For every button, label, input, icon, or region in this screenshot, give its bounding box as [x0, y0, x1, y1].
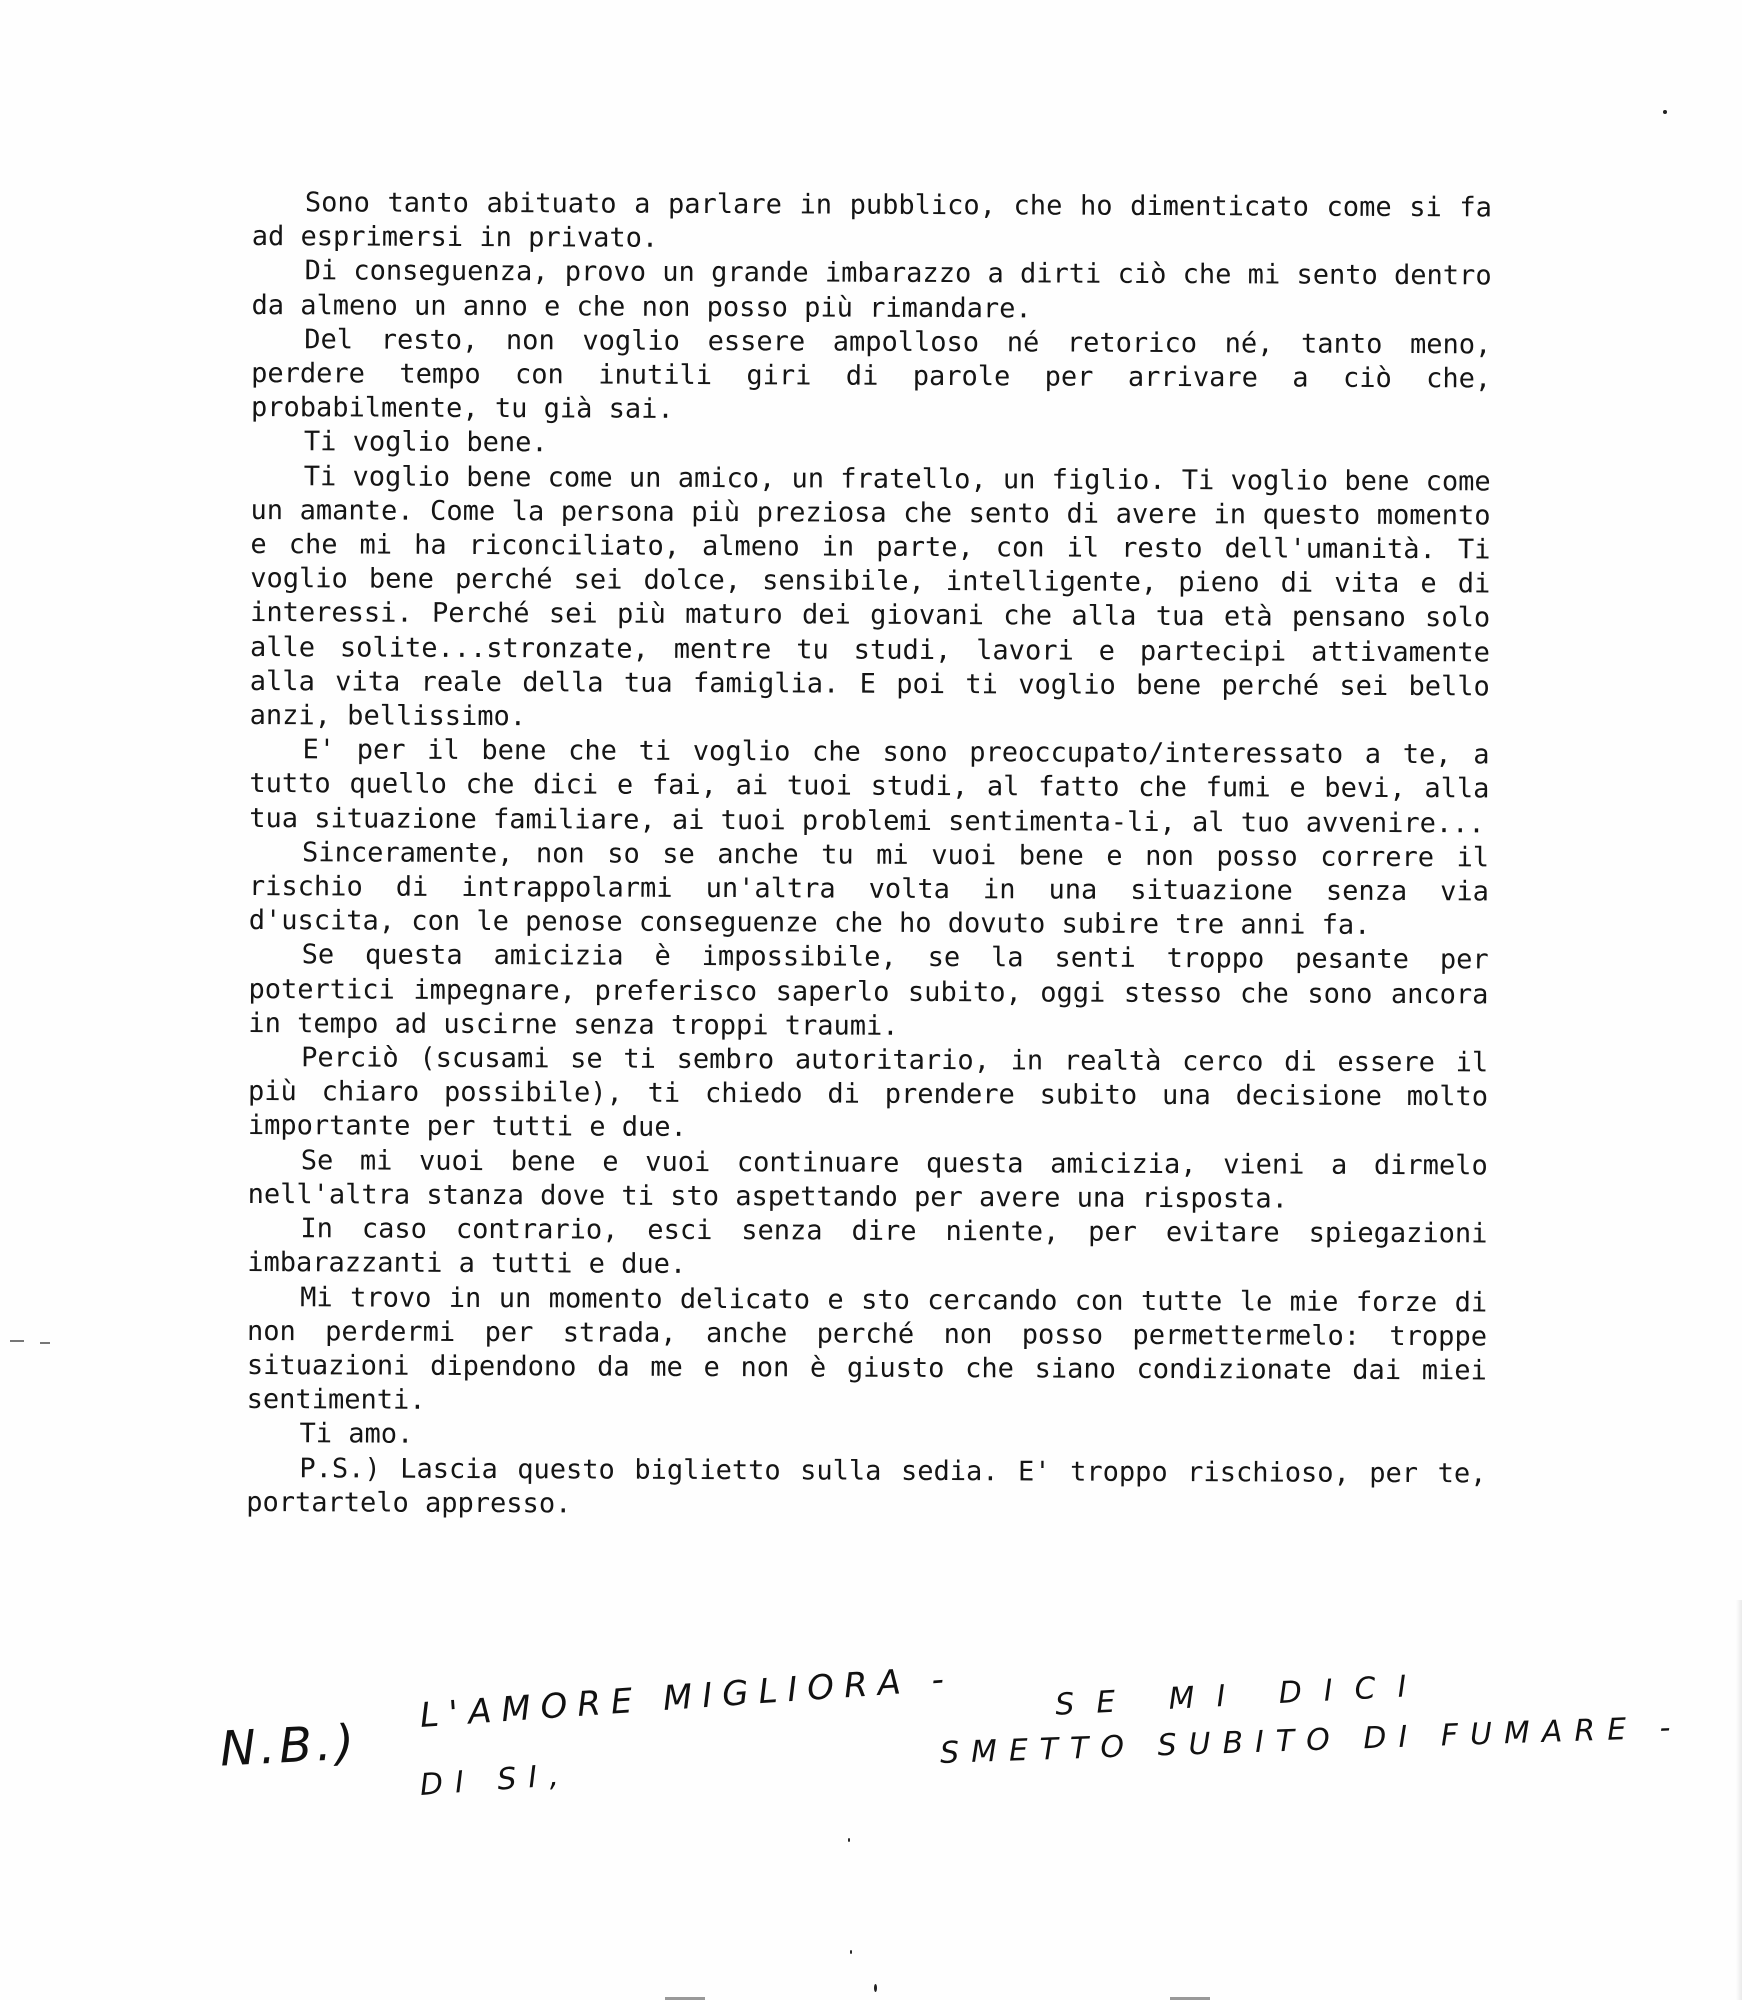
paragraph: Di conseguenza, provo un grande imbarazz…: [251, 254, 1491, 328]
scan-speck: [40, 1342, 50, 1344]
paragraph: Sinceramente, non so se anche tu mi vuoi…: [249, 836, 1489, 944]
handwritten-line1-right: SE MI DICI: [1054, 1668, 1429, 1723]
handwritten-line2-right: SMETTO SUBITO DI FUMARE -: [939, 1710, 1683, 1771]
paragraph: Ti voglio bene.: [251, 425, 1491, 465]
paragraph: Mi trovo in un momento delicato e sto ce…: [247, 1280, 1488, 1422]
scan-speck: [1663, 110, 1667, 114]
paragraph: Ti amo.: [246, 1417, 1486, 1457]
scan-speck: [848, 1838, 850, 1842]
paragraph: In caso contrario, esci senza dire nient…: [247, 1212, 1487, 1286]
typewritten-letter: Sono tanto abituato a parlare in pubblic…: [246, 186, 1492, 1525]
scan-speck: [874, 1984, 877, 1992]
paragraph: Ti voglio bene come un amico, un fratell…: [250, 460, 1491, 739]
handwritten-line2-left: DI SI,: [419, 1758, 572, 1803]
paragraph: Se mi vuoi bene e vuoi continuare questa…: [248, 1144, 1488, 1218]
handwritten-line1-left: L'AMORE MIGLIORA -: [419, 1659, 955, 1736]
page-edge-shadow: [1736, 1600, 1742, 2000]
paragraph: Sono tanto abituato a parlare in pubblic…: [252, 186, 1492, 260]
paragraph: Perciò (scusami se ti sembro autoritario…: [248, 1041, 1488, 1149]
scan-speck: [850, 1950, 852, 1954]
paragraph: E' per il bene che ti voglio che sono pr…: [249, 733, 1489, 841]
handwritten-nb-label: N.B.): [219, 1714, 360, 1777]
scanned-page: Sono tanto abituato a parlare in pubblic…: [0, 0, 1742, 2000]
scan-speck: [10, 1340, 24, 1342]
paragraph: Se questa amicizia è impossibile, se la …: [248, 938, 1488, 1046]
postscript: P.S.) Lascia questo biglietto sulla sedi…: [246, 1452, 1486, 1526]
paragraph: Del resto, non voglio essere ampolloso n…: [251, 323, 1491, 431]
